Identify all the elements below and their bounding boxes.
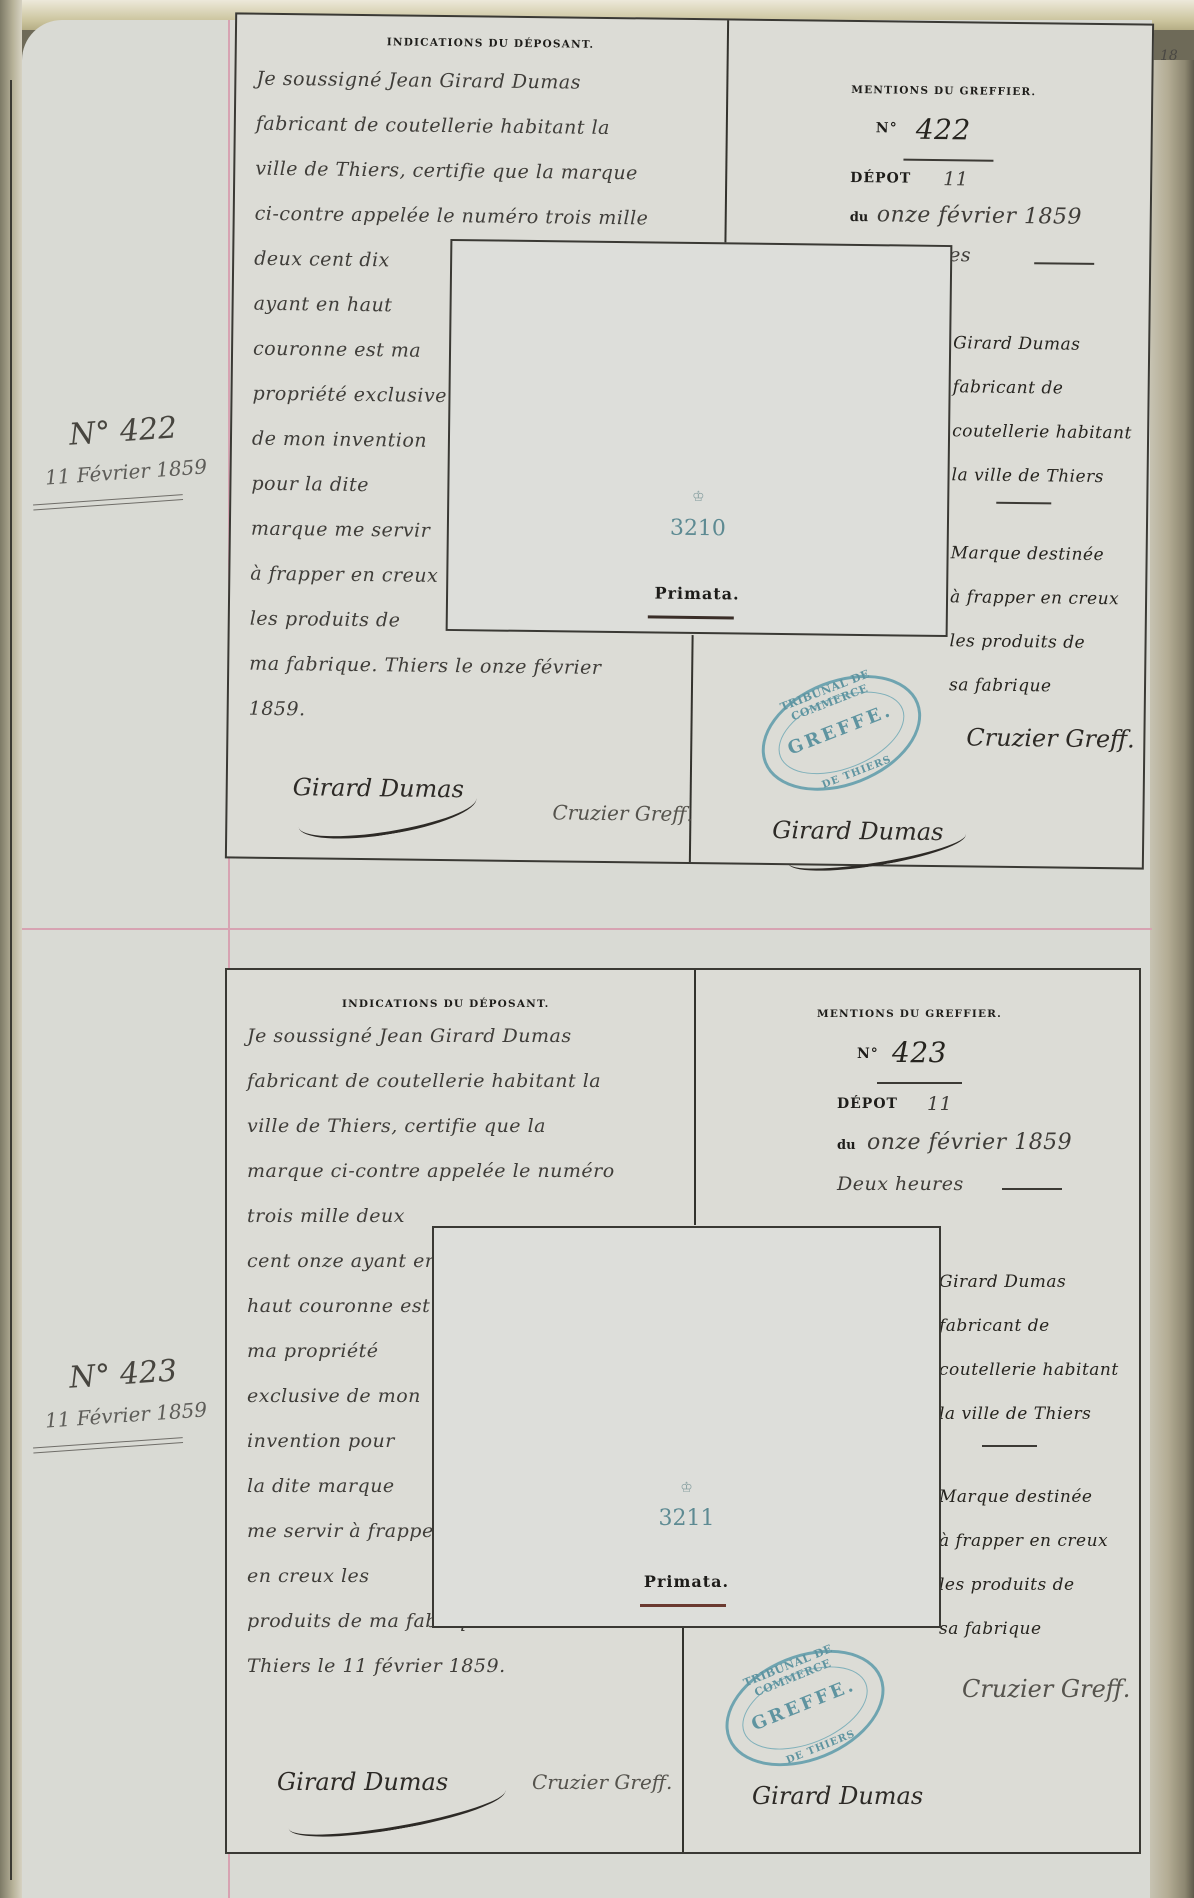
margin-note-entry-1: N° 422 11 Février 1859 — [37, 406, 213, 510]
clerk-separator — [982, 1445, 1037, 1447]
clerk-mark-info: Marque destinée à frapper en creux les p… — [939, 1475, 1129, 1651]
date-du-label: du — [850, 210, 869, 225]
header-mentions-greffier: Mentions du greffier. — [817, 1008, 1002, 1020]
deposit-time: Deux heures — [837, 1162, 964, 1207]
time-rule — [1002, 1188, 1062, 1190]
clerk-signature-middle: Cruzier Greff. — [532, 1770, 672, 1794]
header-mentions-greffier: Mentions du greffier. — [851, 84, 1036, 98]
court-stamp: TRIBUNAL DE COMMERCE GREFFE. DE THIERS — [745, 653, 938, 812]
corner-number: 18 — [1160, 48, 1178, 64]
previous-page-edge — [10, 80, 12, 1880]
clerk-signature-right-column: Cruzier Greff. — [962, 1675, 1130, 1703]
trademark-box-entry-2: ♔ 3211 Primata. — [432, 1226, 941, 1628]
clerk-signature-middle: Cruzier Greff. — [552, 800, 693, 826]
crown-mark-icon: ♔ — [449, 486, 947, 508]
trademark-box-entry-1: ♔ 3210 Primata. — [446, 239, 953, 637]
deposit-date: onze février 1859 — [867, 1120, 1072, 1165]
date-du-label: du — [837, 1138, 856, 1153]
margin-note-entry-2: N° 423 11 Février 1859 — [37, 1349, 213, 1453]
depositor-signature-right: Girard Dumas — [752, 1782, 923, 1810]
number-value: 422 — [916, 107, 971, 153]
number-label: N° — [857, 1046, 879, 1062]
number-value: 423 — [892, 1030, 947, 1075]
mark-number: 3210 — [449, 513, 947, 544]
clerk-separator — [996, 502, 1051, 505]
mark-name: Primata. — [434, 1572, 939, 1591]
time-rule — [1034, 262, 1094, 265]
mark-name-underline — [648, 615, 734, 619]
number-label: N° — [876, 120, 898, 136]
header-indications-deposant: Indications du déposant. — [342, 998, 549, 1010]
depot-label: DÉPOT — [837, 1096, 898, 1112]
clerk-depositor-info: Girard Dumas fabricant de coutellerie ha… — [939, 1260, 1129, 1436]
crown-mark-icon: ♔ — [434, 1480, 939, 1496]
court-stamp: TRIBUNAL DE COMMERCE GREFFE. DE THIERS — [708, 1628, 902, 1788]
margin-rule-horizontal — [22, 928, 1152, 930]
clerk-mark-info: Marque destinée à frapper en creux les p… — [949, 531, 1141, 709]
mark-name-underline — [640, 1604, 726, 1607]
column-divider-top — [724, 20, 729, 260]
mark-name: Primata. — [448, 581, 946, 606]
depot-label: DÉPOT — [850, 170, 911, 187]
clerk-depositor-info: Girard Dumas fabricant de coutellerie ha… — [951, 321, 1143, 499]
header-indications-deposant: Indications du déposant. — [387, 36, 595, 51]
mark-number: 3211 — [434, 1506, 939, 1531]
page-stack-edge — [1150, 60, 1194, 1898]
clerk-signature-right-column: Cruzier Greff. — [966, 723, 1135, 753]
column-divider-top — [694, 970, 696, 1225]
